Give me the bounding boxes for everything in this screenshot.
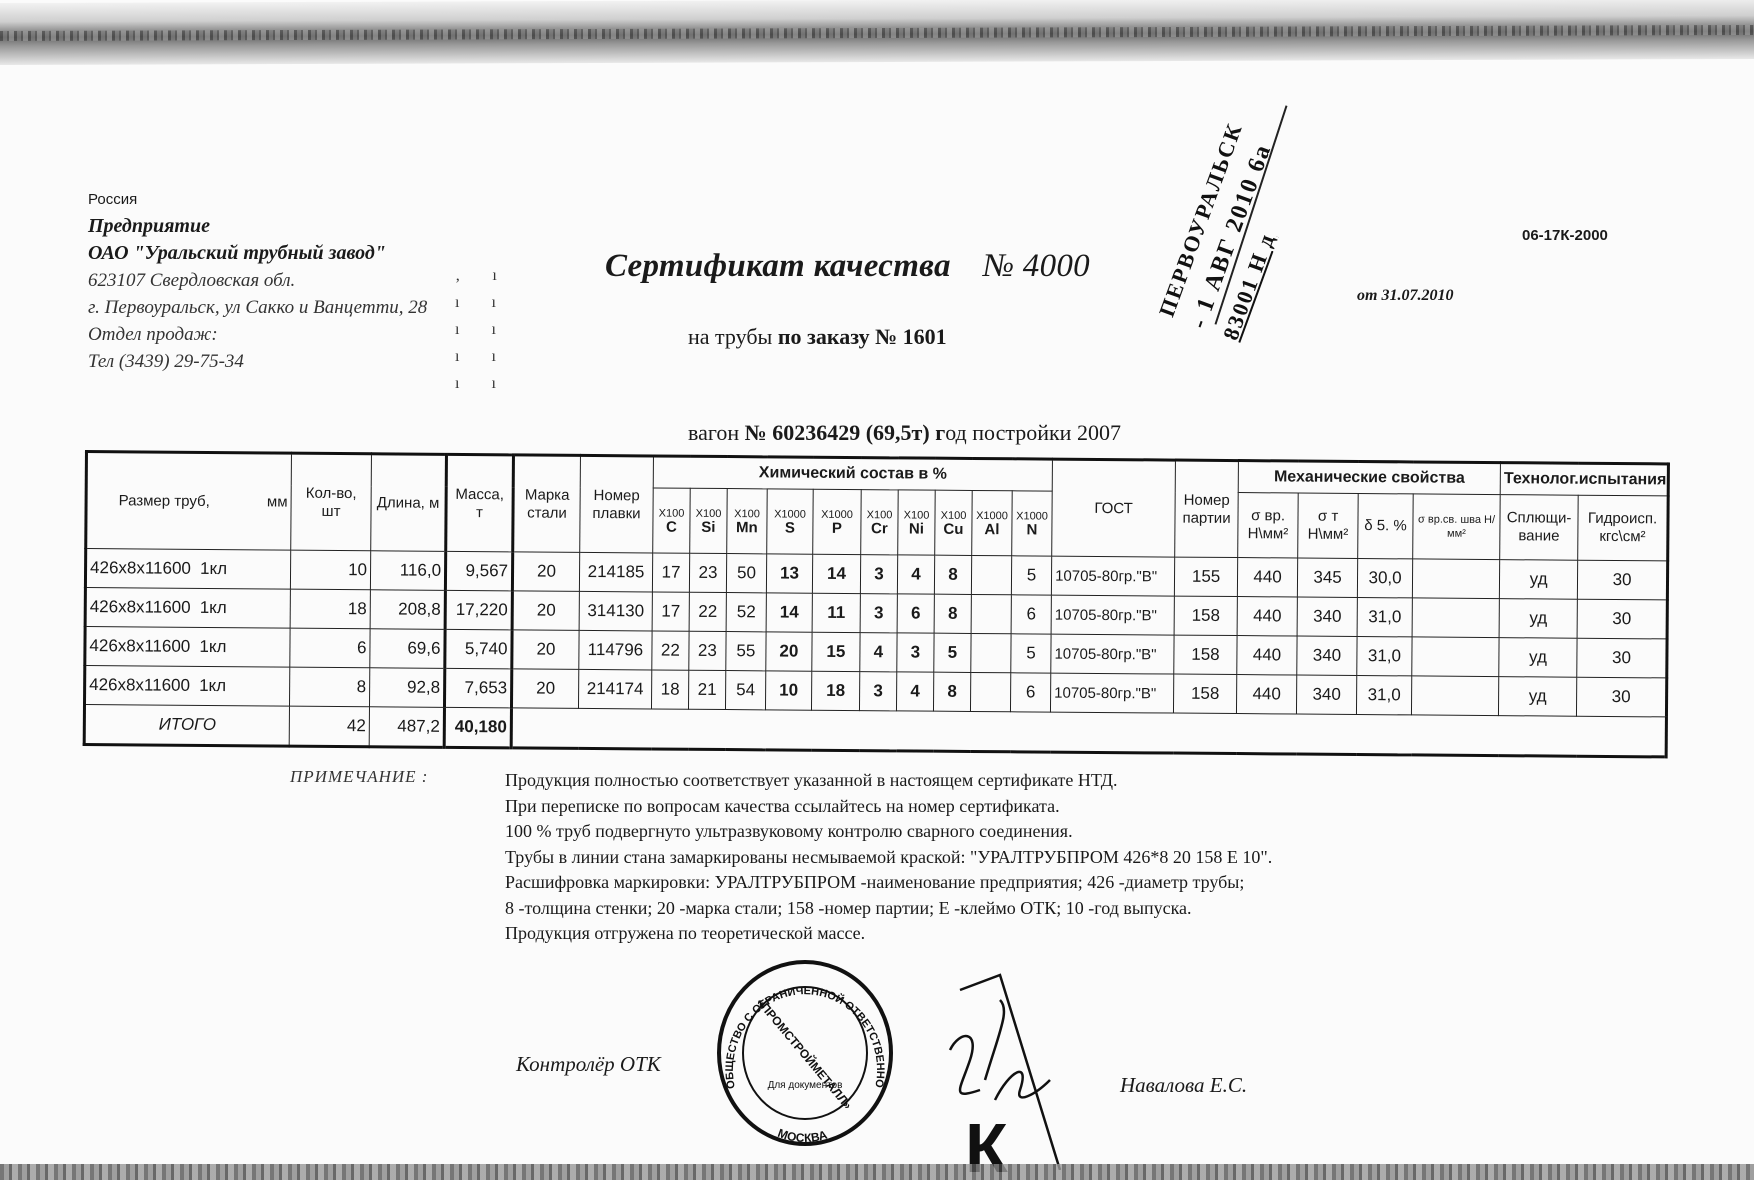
certificate-title-text: Сертификат качества xyxy=(605,248,951,284)
cell-chem-al xyxy=(971,633,1011,672)
sender-organization: ОАО "Уральский трубный завод" xyxy=(88,240,427,267)
cell-weld-strength xyxy=(1412,598,1499,638)
cell-ys: 340 xyxy=(1297,636,1357,675)
cell-uts: 440 xyxy=(1237,636,1297,675)
wagon-number: № 60236429 (69,5т) г xyxy=(745,420,946,445)
cell-chem-c: 17 xyxy=(652,592,689,631)
cell-chem-cr: 4 xyxy=(860,633,897,672)
cell-qty: 8 xyxy=(289,667,369,707)
cell-chem-al xyxy=(971,555,1011,594)
cell-uts: 440 xyxy=(1237,558,1297,597)
col-header-gost: ГОСТ xyxy=(1052,459,1176,557)
cell-length: 92,8 xyxy=(369,668,444,708)
note-item: Продукция полностью соответствует указан… xyxy=(505,768,1272,794)
postmark-stamp: ПЕРВОУРАЛЬСК - 1 АВГ 2010 6а 83001 Н д xyxy=(1150,118,1316,345)
cell-gost: 10705-80гр."В" xyxy=(1051,673,1174,713)
col-header-chem-cu: X100Cu xyxy=(935,490,973,555)
cell-chem-cu: 8 xyxy=(933,672,970,711)
cell-chem-si: 23 xyxy=(689,553,726,592)
cell-flattening: уд xyxy=(1499,560,1577,600)
col-header-mass: Масса, т xyxy=(446,454,514,552)
cell-chem-p: 15 xyxy=(812,632,860,671)
cell-chem-s: 13 xyxy=(766,554,812,593)
cell-chem-n: 5 xyxy=(1011,556,1051,595)
note-item: Трубы в линии стана замаркированы несмыв… xyxy=(505,845,1272,871)
note-item: 8 -толщина стенки; 20 -марка стали; 158 … xyxy=(505,896,1272,922)
cell-mass: 17,220 xyxy=(445,590,512,630)
sender-block: Россия Предприятие ОАО "Уральский трубны… xyxy=(88,186,427,375)
col-group-mechanical: Механические свойства xyxy=(1238,461,1500,495)
cell-size: 426x8x116001кл xyxy=(85,666,290,707)
col-header-mech-1: σ т Н\мм² xyxy=(1298,493,1359,558)
cell-length: 69,6 xyxy=(370,629,445,669)
subtitle-prefix: на трубы xyxy=(688,324,772,349)
col-header-steel-grade: Марка стали xyxy=(513,455,581,553)
col-header-length: Длина, м xyxy=(371,454,447,552)
controller-name: Навалова Е.С. xyxy=(1120,1073,1247,1098)
cell-chem-si: 22 xyxy=(689,592,726,631)
notes-list: Продукция полностью соответствует указан… xyxy=(505,768,1272,947)
cell-chem-mn: 55 xyxy=(726,632,766,671)
cell-ys: 345 xyxy=(1297,558,1357,597)
col-header-mech-0: σ вр. Н\мм² xyxy=(1238,493,1299,558)
cell-chem-cr: 3 xyxy=(860,594,897,633)
cell-steel: 20 xyxy=(512,630,579,670)
cell-chem-mn: 50 xyxy=(726,554,766,593)
cell-mass: 7,653 xyxy=(444,668,511,708)
cell-mass: 5,740 xyxy=(445,629,512,669)
scan-edge-bottom xyxy=(0,1164,1754,1180)
form-code: 06-17К-2000 xyxy=(1522,227,1608,244)
note-item: Расшифровка маркировки: УРАЛТРУБПРОМ -на… xyxy=(505,870,1272,896)
certificate-table: Размер труб,мм Кол-во, шт Длина, м Масса… xyxy=(83,450,1670,758)
certificate-number: № 4000 xyxy=(983,248,1090,284)
cell-heat: 114796 xyxy=(579,630,652,670)
svg-text:ОБЩЕСТВО С ОГРАНИЧЕННОЙ ОТВЕТС: ОБЩЕСТВО С ОГРАНИЧЕННОЙ ОТВЕТСТВЕННОСТЬЮ xyxy=(715,958,886,1090)
cell-ys: 340 xyxy=(1297,675,1357,714)
cell-chem-s: 14 xyxy=(766,593,812,632)
col-header-chem-ni: X100Ni xyxy=(898,490,936,555)
total-mass: 40,180 xyxy=(444,707,511,748)
cell-weld-strength xyxy=(1412,637,1499,677)
total-length: 487,2 xyxy=(369,707,444,748)
cell-qty: 6 xyxy=(290,628,370,668)
cell-chem-ni: 4 xyxy=(897,555,934,594)
cell-chem-si: 21 xyxy=(688,670,725,709)
cell-uts: 440 xyxy=(1237,597,1297,636)
cell-chem-s: 20 xyxy=(766,632,812,671)
col-group-chemical: Химический состав в % xyxy=(653,456,1052,491)
cell-gost: 10705-80гр."В" xyxy=(1051,556,1174,596)
cell-chem-cu: 8 xyxy=(934,594,971,633)
cell-batch: 155 xyxy=(1174,557,1237,596)
sender-address-line1: 623107 Свердловская обл. xyxy=(88,267,427,294)
cell-batch: 158 xyxy=(1174,596,1237,635)
col-header-heat-number: Номер плавки xyxy=(580,455,654,553)
cell-chem-ni: 3 xyxy=(897,633,934,672)
cell-weld-strength xyxy=(1412,559,1499,599)
cell-chem-cr: 3 xyxy=(859,672,896,711)
col-header-tech-1: Гидроисп. кгс\см² xyxy=(1578,495,1669,561)
cell-elongation: 31,0 xyxy=(1357,597,1412,636)
cell-chem-p: 14 xyxy=(812,554,860,593)
cell-gost: 10705-80гр."В" xyxy=(1051,595,1174,635)
cell-chem-c: 17 xyxy=(652,553,689,592)
svg-text:Для документов: Для документов xyxy=(768,1080,843,1091)
cell-elongation: 31,0 xyxy=(1357,675,1412,714)
signature xyxy=(940,970,1080,1170)
cell-chem-cu: 8 xyxy=(934,555,971,594)
subtitle-order: по заказу № 1601 xyxy=(778,324,947,349)
cell-batch: 158 xyxy=(1174,635,1237,674)
cell-hydro: 30 xyxy=(1577,638,1667,678)
col-header-chem-s: X1000S xyxy=(767,489,814,554)
cell-chem-cr: 3 xyxy=(860,555,897,594)
sender-country: Россия xyxy=(88,186,427,213)
col-header-mech-3: σ вр.св. шва Н/мм² xyxy=(1413,494,1501,560)
cell-qty: 10 xyxy=(290,550,370,590)
cell-chem-al xyxy=(970,672,1010,711)
total-label: ИТОГО xyxy=(84,705,289,747)
cell-heat: 214174 xyxy=(578,669,651,709)
col-header-chem-c: X100C xyxy=(653,488,691,553)
cell-chem-s: 10 xyxy=(765,671,811,710)
cell-chem-c: 18 xyxy=(651,670,688,709)
col-header-size: Размер труб,мм xyxy=(86,452,292,551)
cell-steel: 20 xyxy=(512,591,579,631)
col-group-tech: Технолог.испытания xyxy=(1500,463,1668,496)
cell-mass: 9,567 xyxy=(445,551,512,591)
col-header-chem-si: X100Si xyxy=(690,488,728,553)
cell-elongation: 30,0 xyxy=(1357,558,1412,597)
cell-hydro: 30 xyxy=(1577,560,1667,600)
cell-flattening: уд xyxy=(1499,677,1577,717)
wagon-suffix: од постройки 2007 xyxy=(945,420,1121,445)
cell-chem-si: 23 xyxy=(689,631,726,670)
cell-heat: 214185 xyxy=(579,552,652,592)
cell-gost: 10705-80гр."В" xyxy=(1051,634,1174,674)
note-item: 100 % труб подвергнуто ультразвуковому к… xyxy=(505,819,1272,845)
cell-chem-mn: 54 xyxy=(725,671,765,710)
cell-chem-mn: 52 xyxy=(726,593,766,632)
cell-chem-c: 22 xyxy=(652,631,689,670)
cell-chem-ni: 6 xyxy=(897,594,934,633)
cell-batch: 158 xyxy=(1174,674,1237,713)
col-header-batch: Номер партии xyxy=(1175,460,1239,557)
cell-steel: 20 xyxy=(512,552,579,592)
cell-qty: 18 xyxy=(290,589,370,629)
cell-size: 426x8x116001кл xyxy=(85,588,290,629)
col-header-mech-2: δ 5. % xyxy=(1358,494,1414,559)
col-header-chem-al: X1000Al xyxy=(972,490,1013,555)
cell-heat: 314130 xyxy=(579,591,652,631)
cell-chem-n: 5 xyxy=(1011,634,1051,673)
sender-enterprise-label: Предприятие xyxy=(88,213,427,240)
col-header-chem-cr: X100Cr xyxy=(861,490,899,555)
cell-weld-strength xyxy=(1412,676,1499,716)
certificate-subtitle: на трубы по заказу № 1601 xyxy=(688,324,947,350)
note-item: Продукция отгружена по теоретической мас… xyxy=(505,921,1272,947)
cell-chem-n: 6 xyxy=(1011,595,1051,634)
cell-chem-ni: 4 xyxy=(896,672,933,711)
cell-ys: 340 xyxy=(1297,597,1357,636)
company-seal: ОБЩЕСТВО С ОГРАНИЧЕННОЙ ОТВЕТСТВЕННОСТЬЮ… xyxy=(715,958,895,1148)
controller-role: Контролёр ОТК xyxy=(516,1052,661,1077)
sender-address-line2: г. Первоуральск, ул Сакко и Ванцетти, 28 xyxy=(88,294,427,321)
cell-chem-cu: 5 xyxy=(934,633,971,672)
total-qty: 42 xyxy=(289,706,369,747)
wagon-line: вагон № 60236429 (69,5т) год постройки 2… xyxy=(688,420,1121,446)
cell-chem-p: 11 xyxy=(812,593,860,632)
cell-hydro: 30 xyxy=(1577,677,1667,717)
cell-flattening: уд xyxy=(1499,599,1577,639)
wagon-prefix: вагон xyxy=(688,420,739,445)
col-header-qty: Кол-во, шт xyxy=(291,453,372,551)
col-header-tech-0: Сплющи-вание xyxy=(1500,495,1579,561)
cell-uts: 440 xyxy=(1237,675,1297,714)
col-header-chem-n: X1000N xyxy=(1012,491,1053,556)
cell-size: 426x8x116001кл xyxy=(85,549,290,590)
total-empty xyxy=(511,708,1666,757)
notes-label: ПРИМЕЧАНИЕ : xyxy=(290,767,428,787)
svg-text:«ПРОМСТРОЙМЕТАЛЛ»: «ПРОМСТРОЙМЕТАЛЛ» xyxy=(754,995,856,1113)
margin-marks: ‚ ıı ıı ıı ıı ı xyxy=(455,262,511,397)
cell-length: 208,8 xyxy=(370,590,445,630)
cell-hydro: 30 xyxy=(1577,599,1667,639)
sender-phone: Тел (3439) 29-75-34 xyxy=(88,348,427,375)
cell-steel: 20 xyxy=(511,669,578,709)
cell-size: 426x8x116001кл xyxy=(85,627,290,668)
col-header-chem-p: X1000P xyxy=(813,489,862,554)
sender-department: Отдел продаж: xyxy=(88,321,427,348)
cell-chem-n: 6 xyxy=(1010,673,1050,712)
col-header-chem-mn: X100Mn xyxy=(727,489,768,554)
cell-elongation: 31,0 xyxy=(1357,636,1412,675)
scan-edge-top xyxy=(0,0,1754,65)
cell-chem-al xyxy=(971,594,1011,633)
cell-chem-p: 18 xyxy=(811,671,859,710)
cell-flattening: уд xyxy=(1499,638,1577,678)
certificate-date: от 31.07.2010 xyxy=(1357,287,1453,305)
note-item: При переписке по вопросам качества ссыла… xyxy=(505,794,1272,820)
cell-length: 116,0 xyxy=(370,551,445,591)
certificate-title: Сертификат качества№ 4000 xyxy=(605,248,1090,285)
